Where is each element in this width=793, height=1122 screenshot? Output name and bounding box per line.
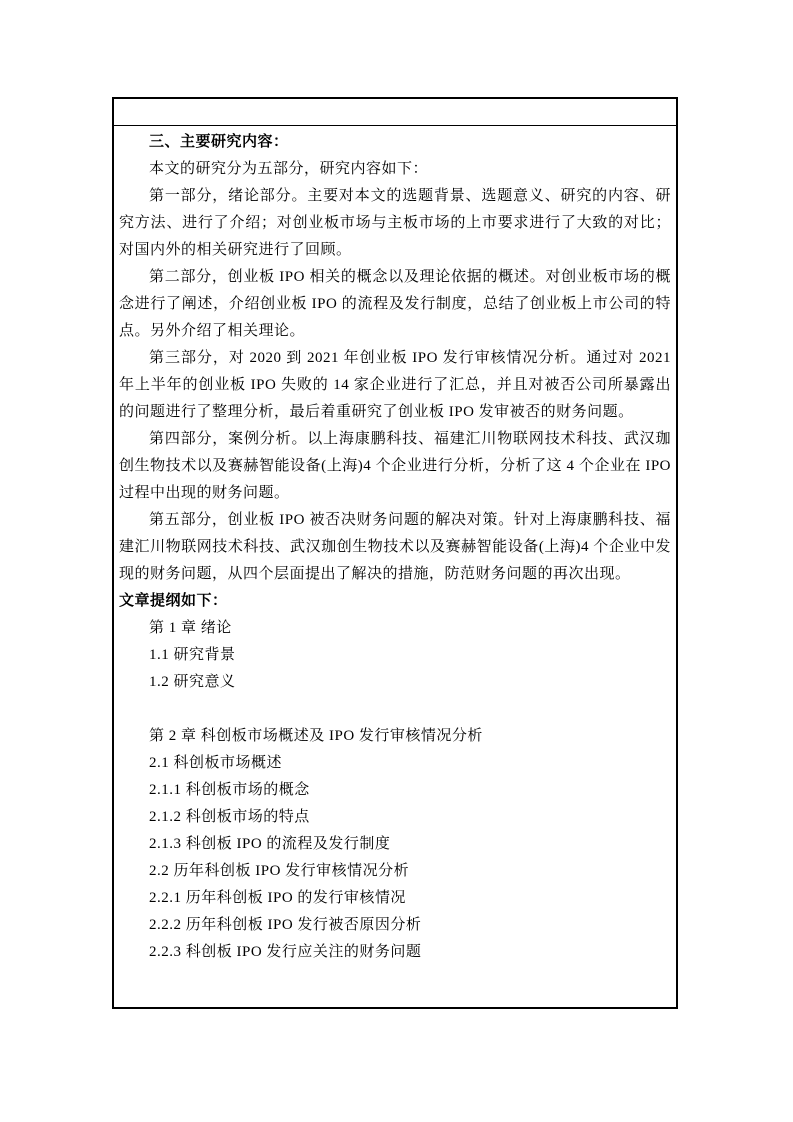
table-content-cell: 三、主要研究内容： 本文的研究分为五部分，研究内容如下： 第一部分，绪论部分。主… [114, 126, 676, 966]
outline-item-ch2: 第 2 章 科创板市场概述及 IPO 发行审核情况分析 [119, 723, 671, 750]
outline-item-2-2-3: 2.2.3 科创板 IPO 发行应关注的财务问题 [119, 939, 671, 966]
outline-item-1-1: 1.1 研究背景 [119, 642, 671, 669]
table-empty-row [114, 99, 676, 126]
paragraph-part1: 第一部分，绪论部分。主要对本文的选题背景、选题意义、研究的内容、研究方法、进行了… [119, 183, 671, 264]
paragraph-part2: 第二部分，创业板 IPO 相关的概念以及理论依据的概述。对创业板市场的概念进行了… [119, 264, 671, 345]
outline-item-ch1: 第 1 章 绪论 [119, 615, 671, 642]
document-table: 三、主要研究内容： 本文的研究分为五部分，研究内容如下： 第一部分，绪论部分。主… [112, 97, 678, 1009]
outline-item-2-1-3: 2.1.3 科创板 IPO 的流程及发行制度 [119, 831, 671, 858]
outline-item-1-2: 1.2 研究意义 [119, 669, 671, 696]
outline-heading: 文章提纲如下： [119, 588, 671, 615]
outline-item-2-1: 2.1 科创板市场概述 [119, 750, 671, 777]
outline-item-2-1-2: 2.1.2 科创板市场的特点 [119, 804, 671, 831]
outline-item-2-2: 2.2 历年科创板 IPO 发行审核情况分析 [119, 858, 671, 885]
paragraph-part5: 第五部分，创业板 IPO 被否决财务问题的解决对策。针对上海康鹏科技、福建汇川物… [119, 507, 671, 588]
outline-item-2-2-1: 2.2.1 历年科创板 IPO 的发行审核情况 [119, 885, 671, 912]
outline-item-blank [119, 696, 671, 723]
paragraph-intro: 本文的研究分为五部分，研究内容如下： [119, 156, 671, 183]
outline-item-2-1-1: 2.1.1 科创板市场的概念 [119, 777, 671, 804]
paragraph-part4: 第四部分，案例分析。以上海康鹏科技、福建汇川物联网技术科技、武汉珈创生物技术以及… [119, 426, 671, 507]
section-title: 三、主要研究内容： [119, 129, 671, 156]
outline-item-2-2-2: 2.2.2 历年科创板 IPO 发行被否原因分析 [119, 912, 671, 939]
paragraph-part3: 第三部分，对 2020 到 2021 年创业板 IPO 发行审核情况分析。通过对… [119, 345, 671, 426]
